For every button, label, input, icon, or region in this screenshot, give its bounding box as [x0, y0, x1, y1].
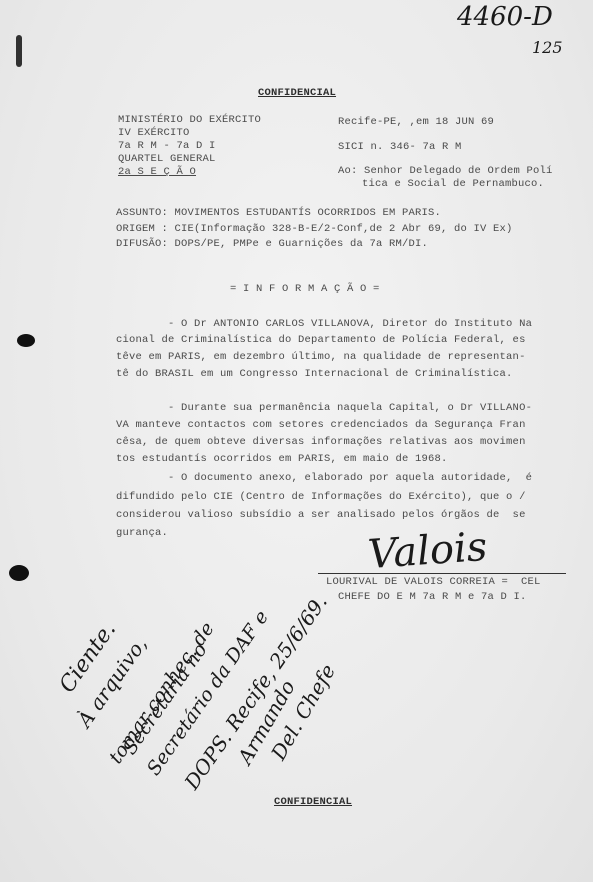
signature-line: [318, 573, 566, 574]
addressee: tica e Social de Pernambuco.: [362, 177, 544, 192]
subject-line: ASSUNTO: MOVIMENTOS ESTUDANTÍS OCORRIDOS…: [116, 206, 441, 221]
section-title: = I N F O R M A Ç Ã O =: [230, 282, 380, 297]
text-line: têve em PARIS, em dezembro último, na qu…: [116, 350, 526, 365]
classification-bottom: CONFIDENCIAL: [274, 795, 352, 810]
staple-mark: [16, 35, 22, 67]
text-line: tos estudantís ocorridos em PARIS, em ma…: [116, 452, 448, 467]
handwritten-note: Ciente. À arquivo, tomar conhec. de Secr…: [40, 600, 340, 770]
page-number-annotation: 125: [532, 38, 563, 57]
text-line: - Durante sua permanência naquela Capita…: [116, 401, 532, 416]
text-line: gurança.: [116, 526, 168, 541]
text-line: tê do BRASIL em um Congresso Internacion…: [116, 367, 513, 382]
reference-number: SICI n. 346- 7a R M: [338, 140, 462, 155]
handwritten-signature: Valois: [367, 524, 489, 578]
distribution-line: DIFUSÃO: DOPS/PE, PMPe e Guarnições da 7…: [116, 237, 428, 252]
text-line: considerou valioso subsídio a ser analis…: [116, 508, 526, 523]
signatory-name: LOURIVAL DE VALOIS CORREIA = CEL: [326, 575, 541, 590]
place-date: Recife-PE, ,em 18 JUN 69: [338, 115, 494, 130]
text-line: cional de Criminalística do Departamento…: [116, 333, 526, 348]
sender-line: 2a S E Ç Ã O: [118, 165, 196, 180]
text-line: VA manteve contactos com setores credenc…: [116, 418, 526, 433]
text-line: cêsa, de quem obteve diversas informaçõe…: [116, 435, 526, 450]
origin-line: ORIGEM : CIE(Informação 328-B-E/2-Conf,d…: [116, 222, 513, 237]
document-page: 4460-D 125 CONFIDENCIAL MINISTÉRIO DO EX…: [0, 0, 593, 882]
punch-hole-mark: [9, 565, 29, 581]
text-line: - O Dr ANTONIO CARLOS VILLANOVA, Diretor…: [116, 317, 532, 332]
text-line: difundido pelo CIE (Centro de Informaçõe…: [116, 490, 526, 505]
text-line: - O documento anexo, elaborado por aquel…: [116, 471, 532, 486]
file-number-annotation: 4460-D: [457, 2, 553, 32]
punch-hole-mark: [17, 334, 35, 347]
classification-top: CONFIDENCIAL: [258, 86, 336, 101]
signatory-title: CHEFE DO E M 7a R M e 7a D I.: [338, 590, 527, 605]
